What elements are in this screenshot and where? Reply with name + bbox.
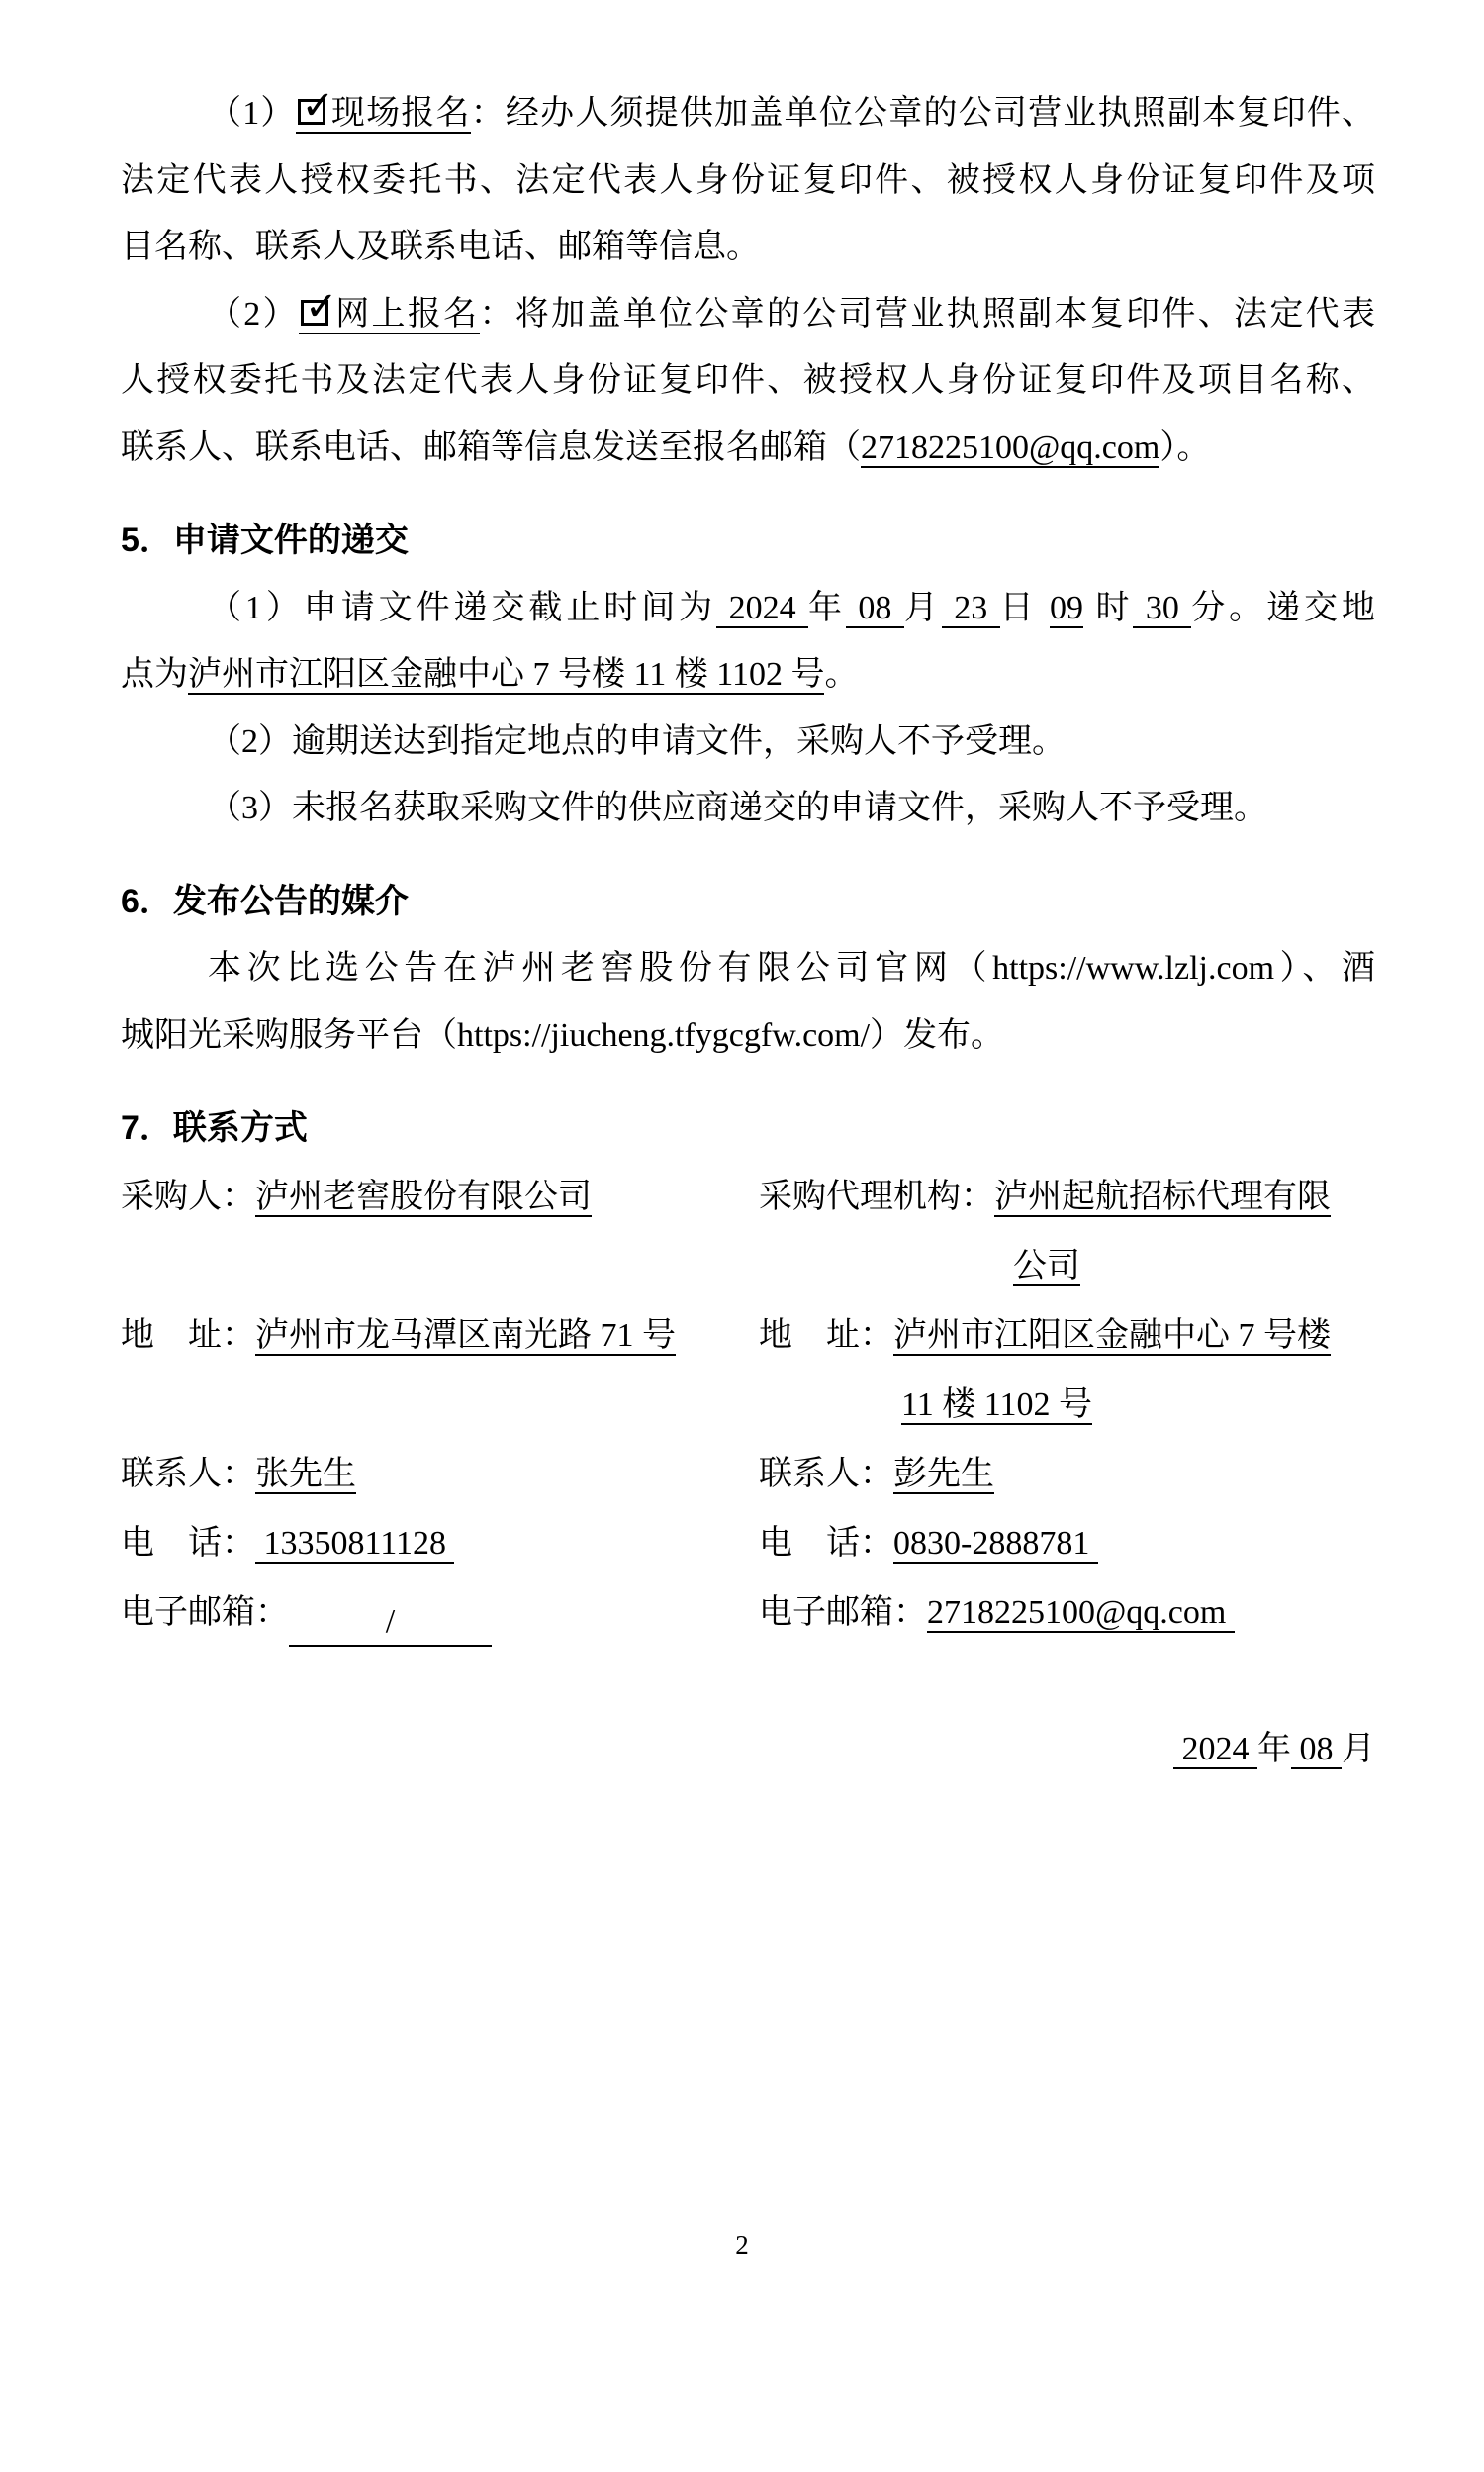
contact-label: 电 话： — [759, 1525, 893, 1562]
contact-column-right: 采购代理机构：泸州起航招标代理有限公司地 址：泸州市江阳区金融中心 7 号楼11… — [759, 1163, 1385, 1648]
contact-row: 电 话： 13350811128 — [121, 1509, 759, 1578]
text-run: 月 — [904, 590, 942, 626]
underlined-text-run: 23 — [942, 590, 1000, 628]
contact-row-line: 电子邮箱：2718225100@qq.com — [759, 1578, 1385, 1648]
paragraph-line: （2）网上报名：将加盖单位公章的公司营业执照副本复印件、法定代表 — [121, 281, 1375, 348]
section-heading: 7．联系方式 — [121, 1095, 1375, 1163]
contact-label: 地 址： — [759, 1317, 893, 1354]
contact-column-left: 采购人：泸州老窖股份有限公司地 址：泸州市龙马潭区南光路 71 号联系人：张先生… — [121, 1163, 759, 1648]
contact-row-line: 采购人：泸州老窖股份有限公司 — [121, 1163, 759, 1232]
underlined-text-run: 现场报名 — [296, 95, 471, 134]
underlined-text-run: 2718225100@qq.com — [927, 1594, 1235, 1633]
contact-row: 电 话：0830-2888781 — [759, 1509, 1385, 1578]
section-heading: 5．申请文件的递交 — [121, 508, 1375, 575]
checked-checkbox-icon — [298, 99, 325, 125]
contact-row-line: 联系人：彭先生 — [759, 1440, 1385, 1509]
contact-label: 联系人： — [121, 1456, 255, 1492]
paragraph-line: （1）申请文件递交截止时间为 2024 年 08 月 23 日 09 时 30 … — [121, 575, 1375, 642]
paragraph-line: 本次比选公告在泸州老窖股份有限公司官网（https://www.lzlj.com… — [121, 935, 1375, 1002]
underlined-text-run: 0830-2888781 — [893, 1525, 1098, 1564]
paragraph-line: （3）未报名获取采购文件的供应商递交的申请文件，采购人不予受理。 — [121, 775, 1375, 842]
underlined-text-run: 13350811128 — [255, 1525, 454, 1564]
contact-label: 联系人： — [759, 1456, 893, 1492]
underlined-text-run: 张先生 — [255, 1456, 356, 1494]
contact-row: 地 址：泸州市江阳区金融中心 7 号楼11 楼 1102 号 — [759, 1301, 1385, 1440]
underlined-text-run: 08 — [846, 590, 904, 628]
underlined-text-run: 11 楼 1102 号 — [901, 1386, 1092, 1425]
contact-row: 联系人：张先生 — [121, 1440, 759, 1509]
document-page: （1）现场报名：经办人须提供加盖单位公章的公司营业执照副本复印件、法定代表人授权… — [0, 0, 1484, 2472]
contact-row-wrap-line: 公司 — [1013, 1232, 1385, 1301]
underlined-text-run: 30 — [1133, 590, 1191, 628]
text-run: 分。递交地 — [1191, 590, 1375, 626]
text-run: 城阳光采购服务平台（https://jiucheng.tfygcgfw.com/… — [121, 1017, 1004, 1054]
contact-label: 电 话： — [121, 1525, 255, 1562]
text-run: 年 — [1257, 1731, 1291, 1767]
contact-row: 地 址：泸州市龙马潭区南光路 71 号 — [121, 1301, 759, 1440]
text-run: （1） — [208, 95, 296, 132]
signature-date: 2024 年 08 月 — [121, 1715, 1375, 1784]
contact-row: 电子邮箱：2718225100@qq.com — [759, 1578, 1385, 1648]
text-run: 年 — [808, 590, 846, 626]
text-run: 目名称、联系人及联系电话、邮箱等信息。 — [121, 229, 760, 265]
text-run: （3）未报名获取采购文件的供应商递交的申请文件，采购人不予受理。 — [208, 790, 1267, 826]
paragraph-line: 目名称、联系人及联系电话、邮箱等信息。 — [121, 214, 1375, 281]
contact-row: 采购人：泸州老窖股份有限公司 — [121, 1163, 759, 1301]
contact-label: 电子邮箱： — [759, 1594, 927, 1631]
text-run: 联系人、联系电话、邮箱等信息发送至报名邮箱（ — [121, 429, 861, 466]
text-run: 点为 — [121, 656, 188, 693]
text-run: 法定代表人授权委托书、法定代表人身份证复印件、被授权人身份证复印件及项 — [121, 162, 1375, 199]
underlined-text-run: 2024 — [1173, 1731, 1257, 1769]
underlined-text-run: 泸州老窖股份有限公司 — [255, 1179, 592, 1217]
text-run: （1）申请文件递交截止时间为 — [208, 590, 716, 626]
contact-label: 电子邮箱： — [121, 1594, 289, 1631]
text-run: ：经办人须提供加盖单位公章的公司营业执照副本复印件、 — [471, 95, 1375, 132]
page-number: 2 — [0, 2229, 1484, 2262]
contact-row-wrap-line: 11 楼 1102 号 — [901, 1371, 1385, 1440]
underlined-text-run: 09 — [1050, 590, 1083, 628]
text-run: 人授权委托书及法定代表人身份证复印件、被授权人身份证复印件及项目名称、 — [121, 362, 1375, 399]
underlined-text-run: 彭先生 — [893, 1456, 994, 1494]
text-run: 。 — [824, 656, 858, 693]
text-run: 本次比选公告在泸州老窖股份有限公司官网（https://www.lzlj.com… — [208, 950, 1375, 987]
paragraph-line: （1）现场报名：经办人须提供加盖单位公章的公司营业执照副本复印件、 — [121, 80, 1375, 147]
contact-row: 电子邮箱：/ — [121, 1578, 759, 1648]
underlined-text-run: 08 — [1291, 1731, 1342, 1769]
contact-label: 采购代理机构： — [759, 1179, 994, 1215]
contact-row: 联系人：彭先生 — [759, 1440, 1385, 1509]
contact-row-line: 电 话： 13350811128 — [121, 1509, 759, 1578]
contact-row-line: 采购代理机构：泸州起航招标代理有限 — [759, 1163, 1385, 1232]
paragraph-line: 联系人、联系电话、邮箱等信息发送至报名邮箱（2718225100@qq.com）… — [121, 415, 1375, 482]
contact-row-line: 联系人：张先生 — [121, 1440, 759, 1509]
text-run: ：将加盖单位公章的公司营业执照副本复印件、法定代表 — [480, 296, 1376, 333]
underlined-text-run: 网上报名 — [299, 296, 480, 334]
underlined-text-run: 泸州市江阳区金融中心 7 号楼 11 楼 1102 号 — [188, 656, 824, 695]
underlined-text-run: 2718225100@qq.com — [861, 429, 1159, 468]
document-body: （1）现场报名：经办人须提供加盖单位公章的公司营业执照副本复印件、法定代表人授权… — [121, 80, 1375, 1784]
contact-row-line: 地 址：泸州市江阳区金融中心 7 号楼 — [759, 1301, 1385, 1371]
contact-label: 采购人： — [121, 1179, 255, 1215]
paragraph-line: 点为泸州市江阳区金融中心 7 号楼 11 楼 1102 号。 — [121, 641, 1375, 709]
underlined-text-run: 泸州市江阳区金融中心 7 号楼 — [893, 1317, 1331, 1356]
underlined-text-run: 泸州起航招标代理有限 — [994, 1179, 1331, 1217]
section-heading: 6．发布公告的媒介 — [121, 869, 1375, 936]
text-run: 日 — [1000, 590, 1050, 626]
text-run: （2）逾期送达到指定地点的申请文件，采购人不予受理。 — [208, 723, 1066, 760]
contact-section: 采购人：泸州老窖股份有限公司地 址：泸州市龙马潭区南光路 71 号联系人：张先生… — [121, 1163, 1375, 1648]
underlined-text-run: 2024 — [716, 590, 808, 628]
paragraph-line: 人授权委托书及法定代表人身份证复印件、被授权人身份证复印件及项目名称、 — [121, 347, 1375, 415]
text-run: 月 — [1342, 1731, 1375, 1767]
text-run: 时 — [1083, 590, 1133, 626]
text-run: （2） — [208, 296, 299, 333]
contact-row-line: 地 址：泸州市龙马潭区南光路 71 号 — [121, 1301, 759, 1371]
underlined-text-run: 泸州市龙马潭区南光路 71 号 — [255, 1317, 676, 1356]
paragraph-line: 法定代表人授权委托书、法定代表人身份证复印件、被授权人身份证复印件及项 — [121, 147, 1375, 215]
contact-row-line: 电 话：0830-2888781 — [759, 1509, 1385, 1578]
contact-row: 采购代理机构：泸州起航招标代理有限公司 — [759, 1163, 1385, 1301]
text-run: ）。 — [1159, 429, 1210, 466]
checked-checkbox-icon — [301, 300, 328, 326]
contact-row-line: 电子邮箱：/ — [121, 1578, 759, 1648]
paragraph-line: （2）逾期送达到指定地点的申请文件，采购人不予受理。 — [121, 709, 1375, 776]
underlined-text-run: 公司 — [1013, 1248, 1080, 1286]
contact-label: 地 址： — [121, 1317, 255, 1354]
paragraph-line: 城阳光采购服务平台（https://jiucheng.tfygcgfw.com/… — [121, 1002, 1375, 1070]
blank-underline-field: / — [289, 1599, 492, 1647]
